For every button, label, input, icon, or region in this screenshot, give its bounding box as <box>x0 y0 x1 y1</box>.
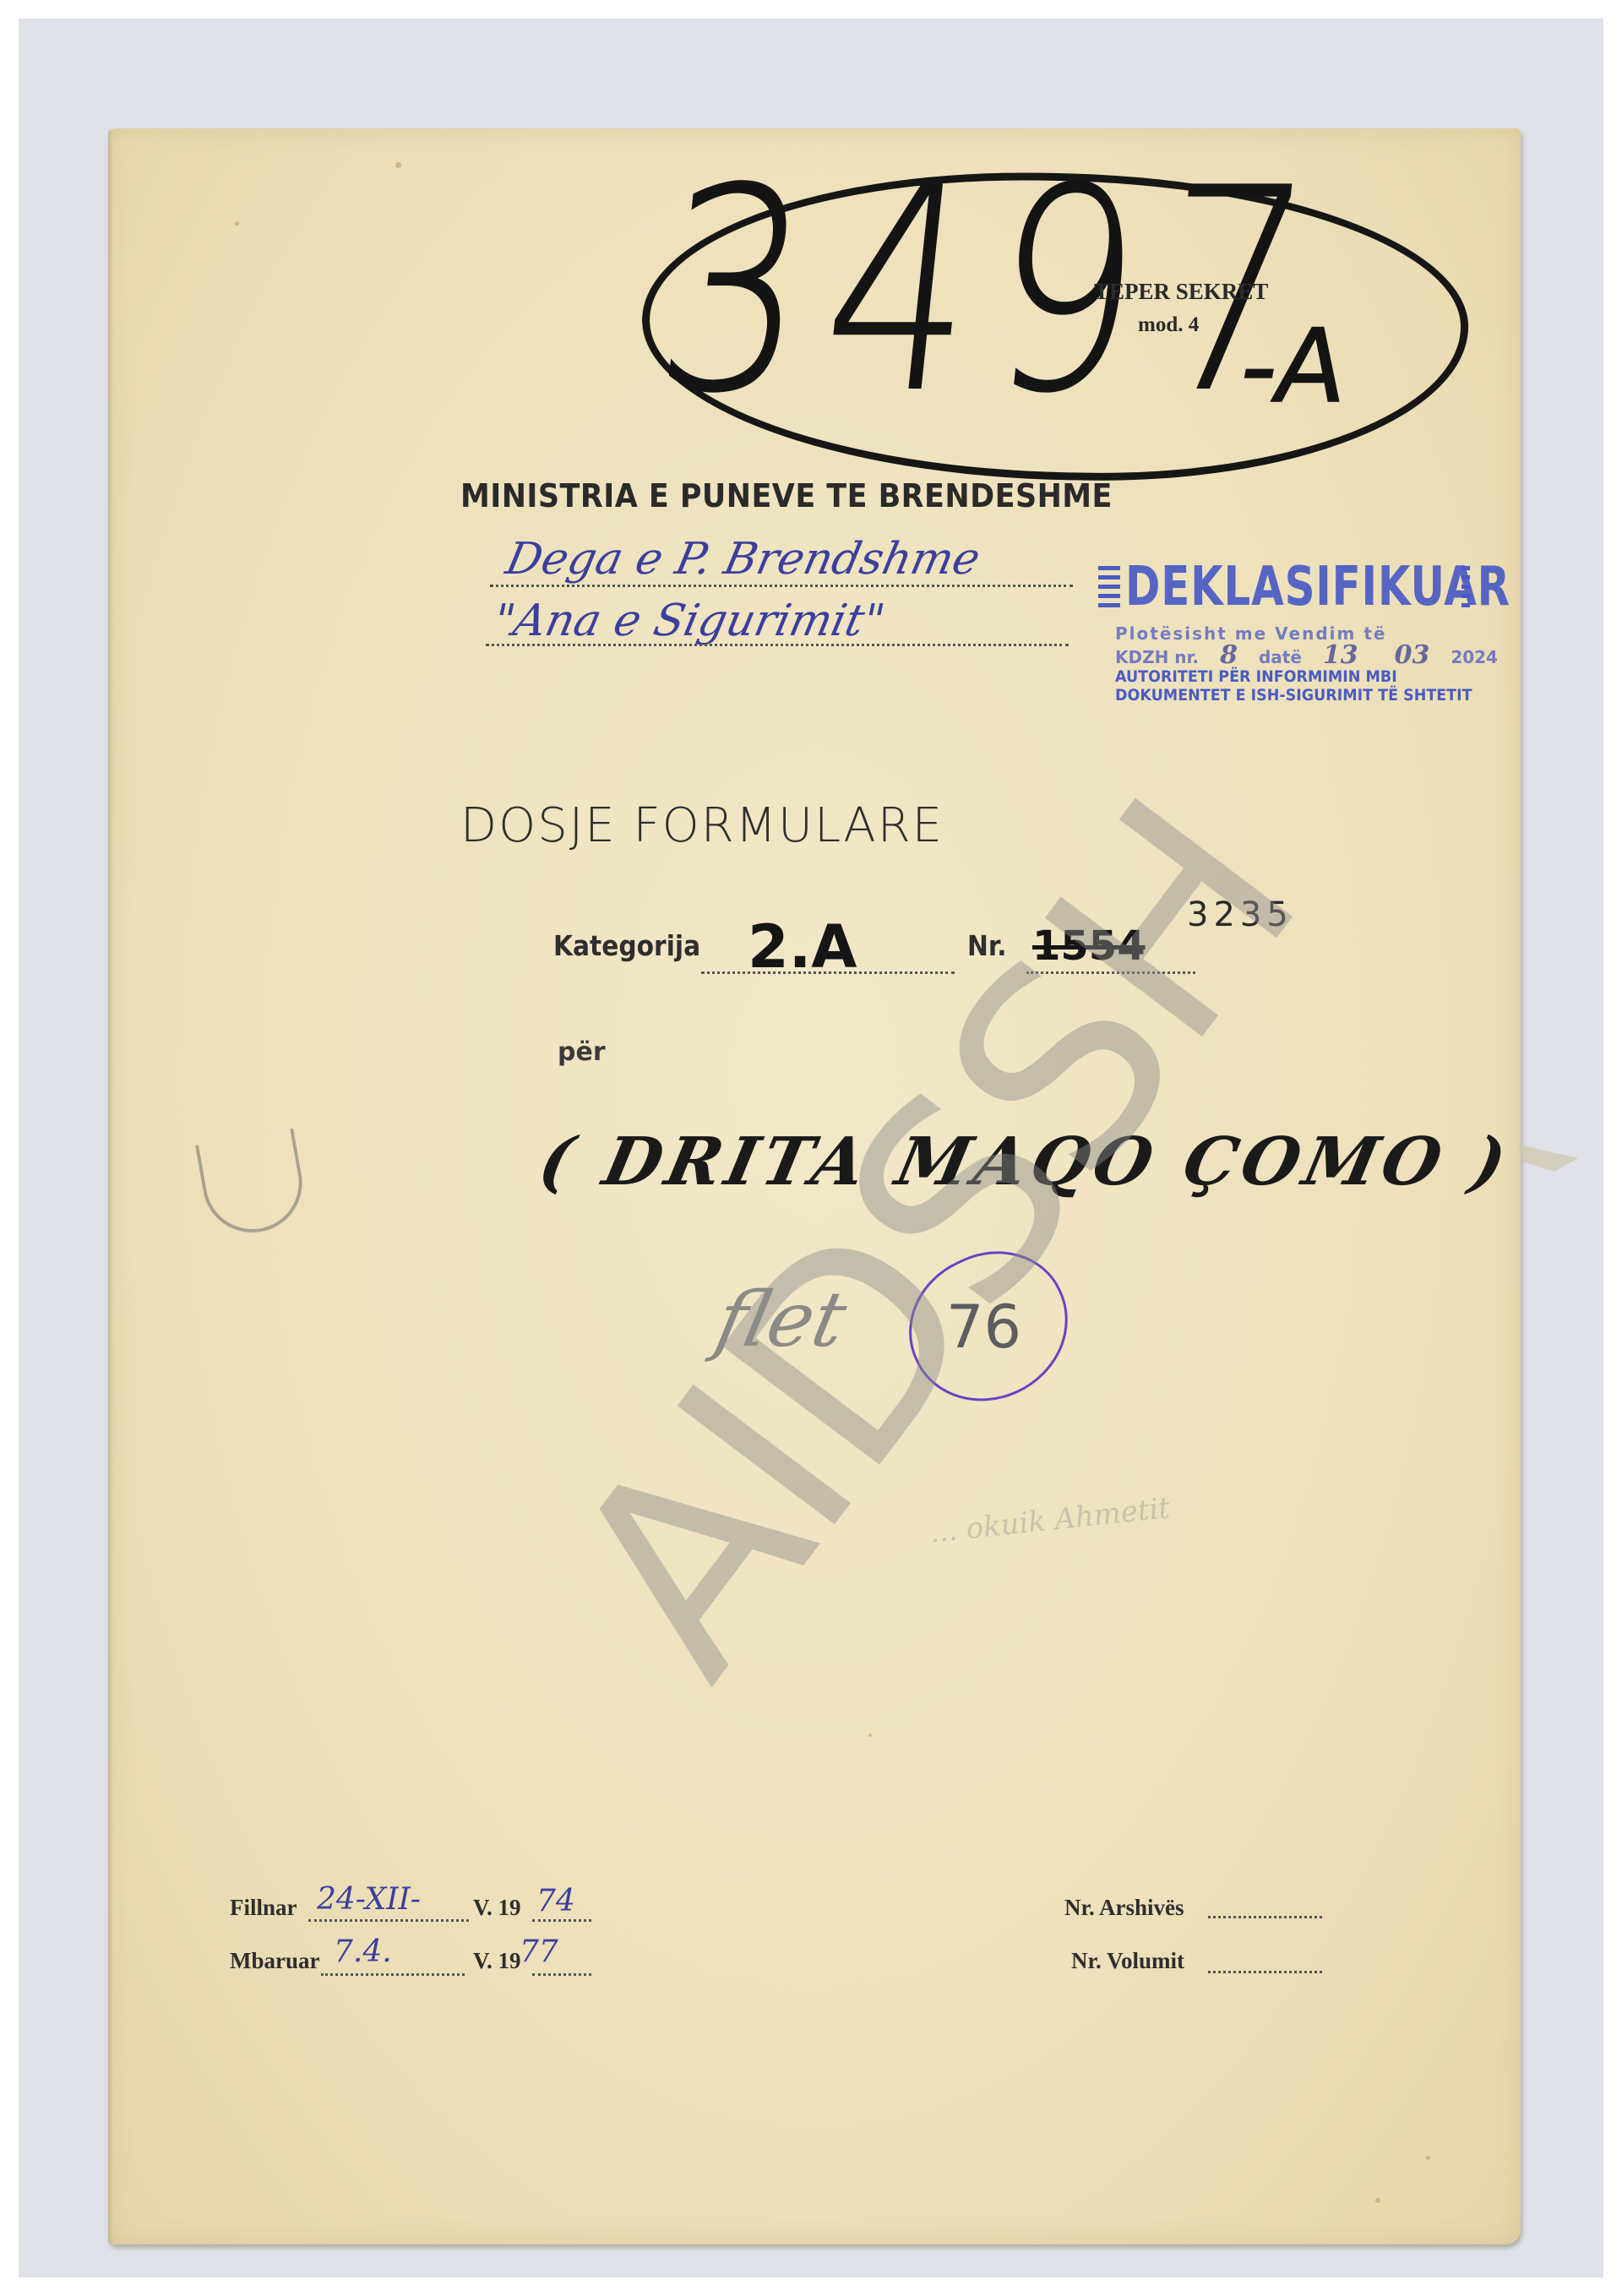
archive-number-label: Nr. Arshivës <box>1064 1895 1184 1921</box>
number-new: 3235 <box>1187 895 1293 934</box>
dotted-line <box>308 1919 469 1922</box>
started-label: Fillnar <box>230 1895 297 1921</box>
category-label: Kategorija <box>553 929 700 962</box>
pencil-note: flet <box>709 1276 854 1364</box>
started-year-label: V. 19 <box>473 1895 521 1921</box>
dotted-line <box>1026 971 1195 974</box>
paper-speck <box>868 1733 872 1737</box>
volume-number-field <box>1208 1971 1322 1973</box>
dotted-line <box>701 971 955 974</box>
stamp-year: 2024 <box>1451 647 1498 667</box>
started-value: 24-XII- <box>317 1882 421 1917</box>
ended-year-value: 77 <box>520 1934 558 1969</box>
classification-label: TEPER SEKRET <box>1094 279 1268 304</box>
subject-name: ( DRITA MAQO ÇOMO ) <box>532 1124 1517 1200</box>
stamp-authority-line-1: AUTORITETI PËR INFORMIMIN MBI <box>1115 667 1397 686</box>
paper-speck <box>235 221 239 226</box>
archive-number-field <box>1208 1916 1322 1918</box>
paper-speck <box>395 162 401 168</box>
ended-year-label: V. 19 <box>473 1948 521 1974</box>
dotted-line <box>321 1973 465 1976</box>
ended-value: 7.4. <box>334 1934 392 1969</box>
stamp-date-label: datë <box>1259 647 1302 667</box>
model-label: mod. 4 <box>1094 309 1268 341</box>
stamp-decision-number: 8 <box>1220 640 1238 670</box>
ended-label: Mbaruar <box>230 1948 319 1974</box>
department-line-2: "Ana e Sigurimit" <box>489 596 890 646</box>
classification-block: TEPER SEKRET mod. 4 <box>1094 275 1268 340</box>
paper-speck <box>1375 2198 1380 2203</box>
started-year-value: 74 <box>536 1884 575 1918</box>
dotted-line <box>490 585 1073 587</box>
stamp-title: DEKLASIFIKUAR <box>1125 556 1510 618</box>
dotted-line <box>486 644 1069 646</box>
stamp-bars-right <box>1461 566 1470 612</box>
stamp-kdzh-label: KDZH nr. <box>1115 647 1199 667</box>
stamp-authority-line-2: DOKUMENTET E ISH-SIGURIMIT TË SHTETIT <box>1115 686 1472 705</box>
paper-speck <box>1426 2156 1430 2160</box>
stamp-line-3: KDZH nr. 8 datë 13 03 2024 <box>1115 640 1498 670</box>
ministry-header: MINISTRIA E PUNEVE TE BRENDESHME <box>460 477 1113 514</box>
for-label: për <box>558 1037 606 1067</box>
document-title: DOSJE FORMULARE <box>460 798 944 853</box>
number-label: Nr. <box>967 929 1007 962</box>
dotted-line <box>532 1973 591 1976</box>
stamp-day: 13 <box>1323 640 1358 670</box>
stamp-month: 03 <box>1395 640 1430 670</box>
number-old-struck: 1554 <box>1032 922 1146 970</box>
stamp-bars-left <box>1098 566 1120 612</box>
volume-number-label: Nr. Volumit <box>1071 1948 1184 1974</box>
dotted-line <box>532 1919 591 1922</box>
department-line-1: Dega e P. Brendshme <box>502 534 985 585</box>
sheet-count: 76 <box>946 1292 1021 1362</box>
